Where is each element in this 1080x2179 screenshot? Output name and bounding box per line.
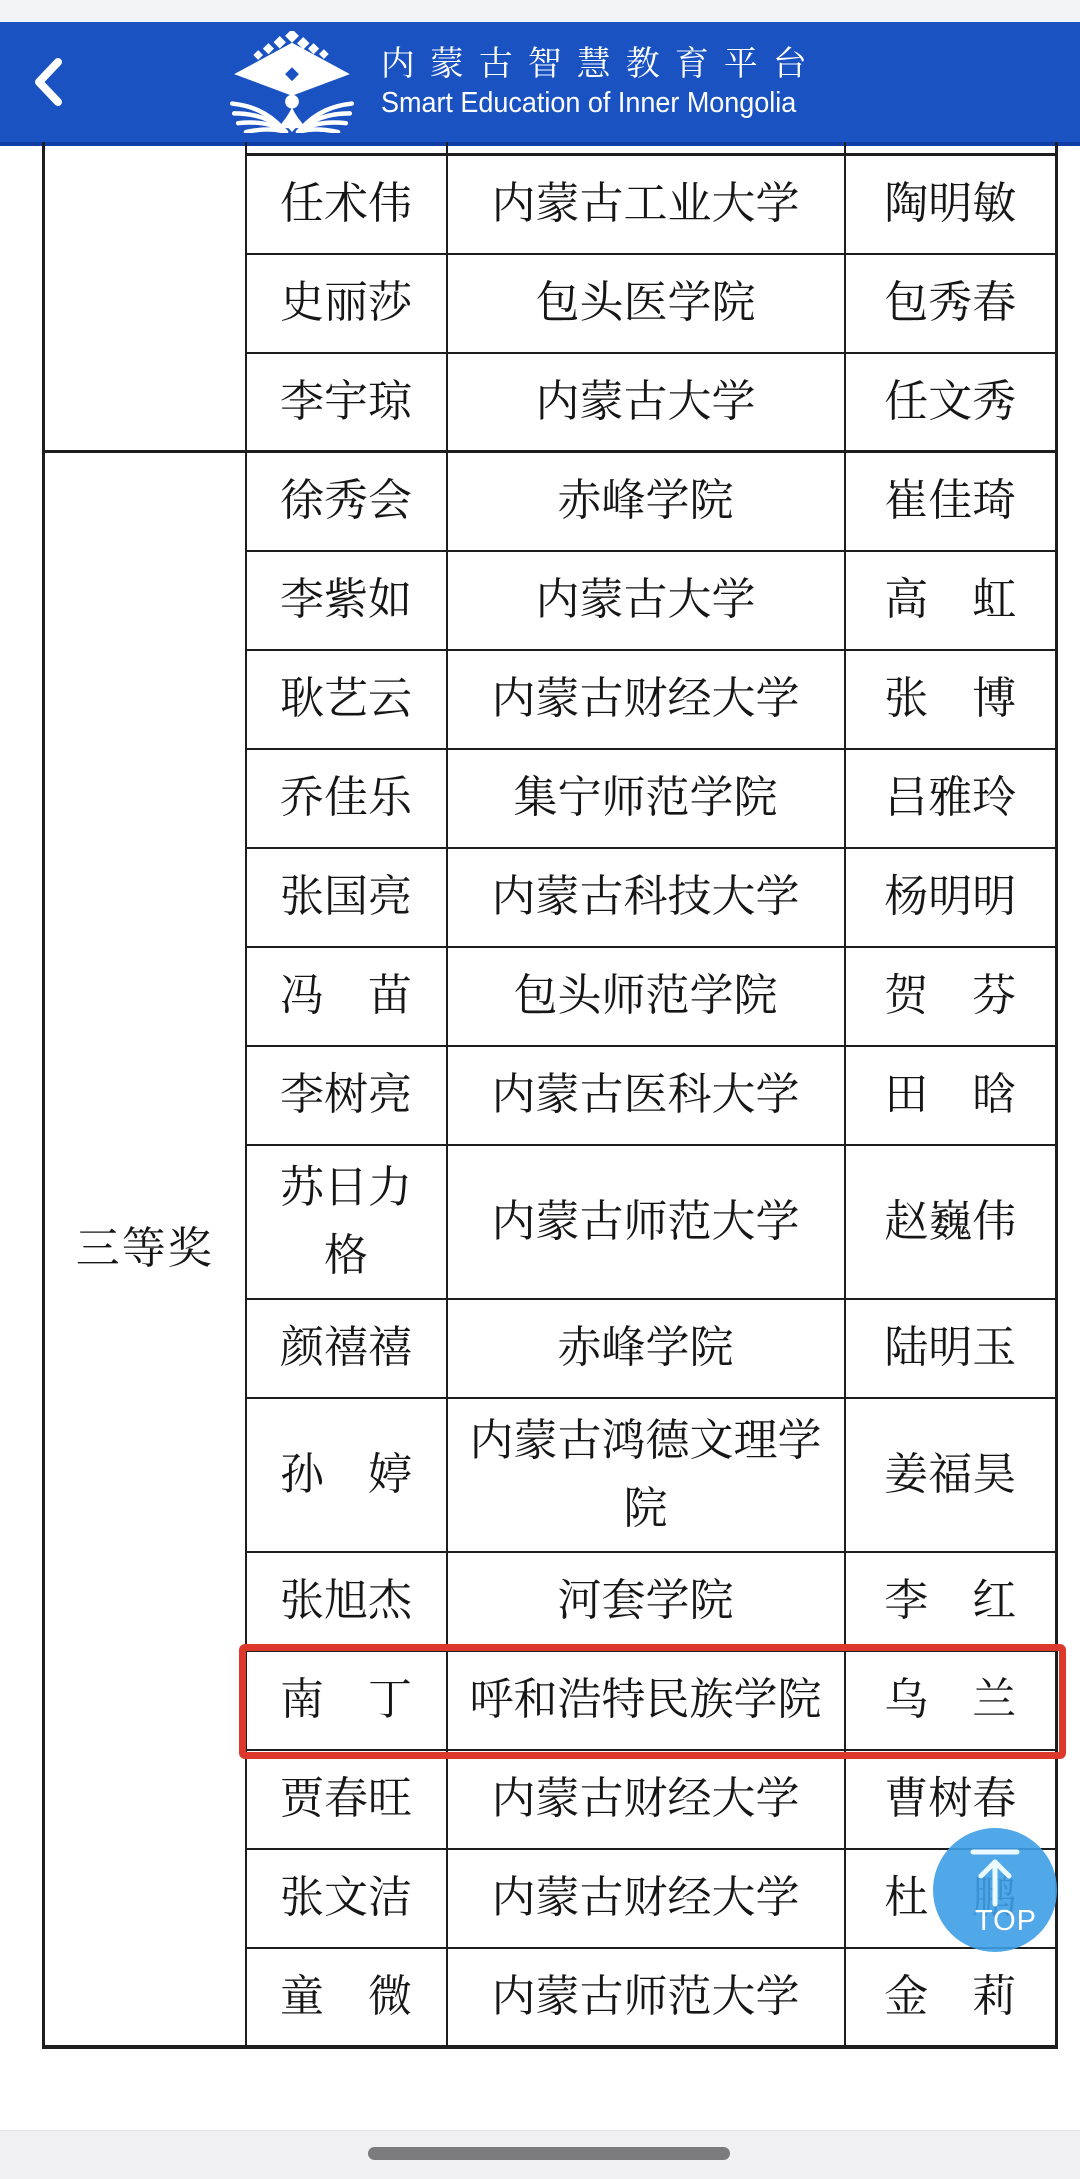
- advisor-cell: 陆明玉: [845, 1299, 1057, 1398]
- table-cell-empty: [845, 142, 1057, 155]
- student-name-cell: 耿艺云: [246, 650, 447, 749]
- bottom-system-bar: [0, 2130, 1080, 2179]
- back-to-top-button[interactable]: TOP: [933, 1828, 1057, 1952]
- advisor-cell: 赵巍伟: [845, 1145, 1057, 1299]
- advisor-cell: 杨明明: [845, 848, 1057, 947]
- advisor-cell: 金 莉: [845, 1948, 1057, 2047]
- school-cell: 呼和浩特民族学院: [447, 1651, 845, 1750]
- student-name-cell: 李宇琼: [246, 353, 447, 452]
- school-cell: 赤峰学院: [447, 1299, 845, 1398]
- student-name-cell: 张国亮: [246, 848, 447, 947]
- school-cell: 内蒙古工业大学: [447, 155, 845, 254]
- school-cell: 赤峰学院: [447, 452, 845, 551]
- school-cell: 内蒙古师范大学: [447, 1145, 845, 1299]
- student-name-cell: 史丽莎: [246, 254, 447, 353]
- awards-table-body: 任术伟内蒙古工业大学陶明敏史丽莎包头医学院包秀春李宇琼内蒙古大学任文秀三等奖徐秀…: [44, 142, 1057, 2047]
- awards-table: 任术伟内蒙古工业大学陶明敏史丽莎包头医学院包秀春李宇琼内蒙古大学任文秀三等奖徐秀…: [42, 142, 1058, 2049]
- student-name-cell: 张旭杰: [246, 1552, 447, 1651]
- page-subtitle: Smart Education of Inner Mongolia: [381, 85, 796, 121]
- school-cell: 内蒙古科技大学: [447, 848, 845, 947]
- student-name-cell: 徐秀会: [246, 452, 447, 551]
- student-name-cell: 李树亮: [246, 1046, 447, 1145]
- platform-logo-icon: [225, 31, 359, 133]
- school-cell: 内蒙古财经大学: [447, 1750, 845, 1849]
- school-cell: 集宁师范学院: [447, 749, 845, 848]
- table-cell-empty: [447, 142, 845, 155]
- school-cell: 内蒙古师范大学: [447, 1948, 845, 2047]
- student-name-cell: 颜禧禧: [246, 1299, 447, 1398]
- table-cell-empty: [246, 142, 447, 155]
- advisor-cell: 乌 兰: [845, 1651, 1057, 1750]
- advisor-cell: 田 晗: [845, 1046, 1057, 1145]
- school-cell: 内蒙古大学: [447, 551, 845, 650]
- student-name-cell: 任术伟: [246, 155, 447, 254]
- student-name-cell: 南 丁: [246, 1651, 447, 1750]
- advisor-cell: 崔佳琦: [845, 452, 1057, 551]
- school-cell: 内蒙古鸿德文理学院: [447, 1398, 845, 1552]
- awards-table-wrap: 任术伟内蒙古工业大学陶明敏史丽莎包头医学院包秀春李宇琼内蒙古大学任文秀三等奖徐秀…: [42, 142, 1055, 2049]
- student-name-cell: 童 微: [246, 1948, 447, 2047]
- student-name-cell: 孙 婷: [246, 1398, 447, 1552]
- brand: 内蒙古智慧教育平台 Smart Education of Inner Mongo…: [225, 31, 828, 133]
- prize-cell: [44, 142, 246, 452]
- school-cell: 内蒙古财经大学: [447, 650, 845, 749]
- advisor-cell: 姜福昊: [845, 1398, 1057, 1552]
- top-button-label: TOP: [975, 1906, 1037, 1936]
- student-name-cell: 张文洁: [246, 1849, 447, 1948]
- home-indicator[interactable]: [368, 2147, 730, 2160]
- student-name-cell: 贾春旺: [246, 1750, 447, 1849]
- prize-cell: 三等奖: [44, 452, 246, 2047]
- advisor-cell: 吕雅玲: [845, 749, 1057, 848]
- advisor-cell: 曹树春: [845, 1750, 1057, 1849]
- arrow-up-to-line-icon: [963, 1846, 1027, 1908]
- student-name-cell: 冯 苗: [246, 947, 447, 1046]
- chevron-left-icon: [31, 56, 65, 108]
- table-row: 三等奖徐秀会赤峰学院崔佳琦: [44, 452, 1057, 551]
- school-cell: 包头师范学院: [447, 947, 845, 1046]
- app-header: 内蒙古智慧教育平台 Smart Education of Inner Mongo…: [0, 22, 1080, 146]
- school-cell: 内蒙古医科大学: [447, 1046, 845, 1145]
- school-cell: 包头医学院: [447, 254, 845, 353]
- advisor-cell: 任文秀: [845, 353, 1057, 452]
- advisor-cell: 张 博: [845, 650, 1057, 749]
- table-row-partial: [44, 142, 1057, 155]
- advisor-cell: 李 红: [845, 1552, 1057, 1651]
- status-bar-strip: [0, 0, 1080, 23]
- back-button[interactable]: [20, 47, 76, 117]
- advisor-cell: 贺 芬: [845, 947, 1057, 1046]
- advisor-cell: 陶明敏: [845, 155, 1057, 254]
- page-title: 内蒙古智慧教育平台: [381, 43, 828, 85]
- school-cell: 内蒙古财经大学: [447, 1849, 845, 1948]
- student-name-cell: 苏日力格: [246, 1145, 447, 1299]
- advisor-cell: 高 虹: [845, 551, 1057, 650]
- student-name-cell: 乔佳乐: [246, 749, 447, 848]
- screen: 内蒙古智慧教育平台 Smart Education of Inner Mongo…: [0, 0, 1080, 2179]
- brand-text: 内蒙古智慧教育平台 Smart Education of Inner Mongo…: [381, 43, 828, 121]
- advisor-cell: 包秀春: [845, 254, 1057, 353]
- school-cell: 河套学院: [447, 1552, 845, 1651]
- student-name-cell: 李紫如: [246, 551, 447, 650]
- school-cell: 内蒙古大学: [447, 353, 845, 452]
